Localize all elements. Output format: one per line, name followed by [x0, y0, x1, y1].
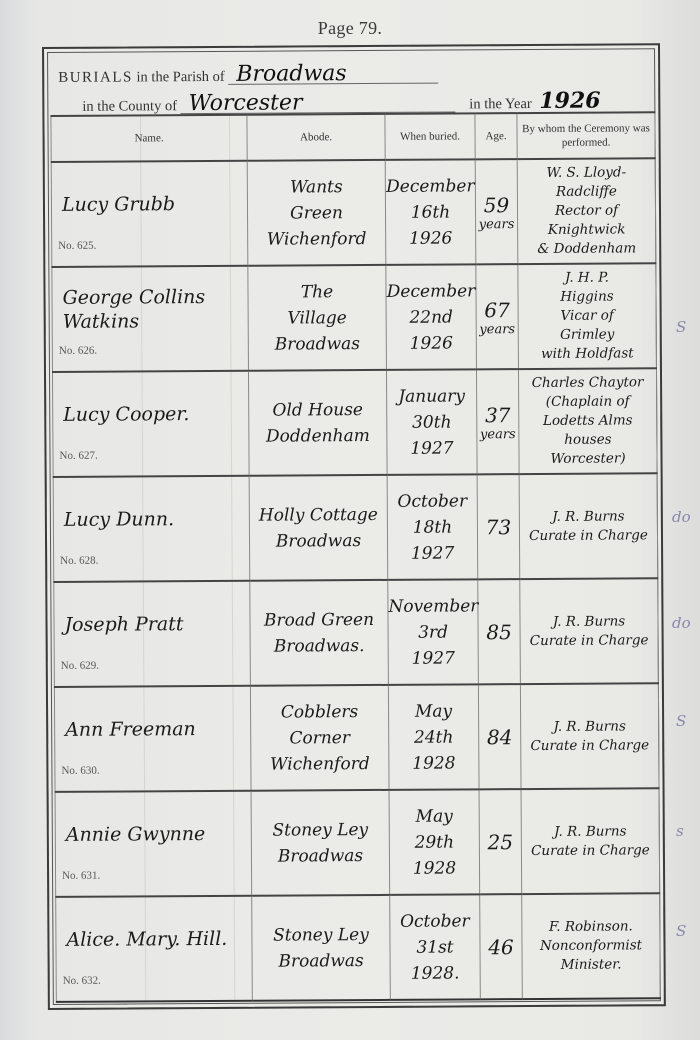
entry-officiant-line: J. R. Burns	[521, 717, 658, 737]
entry-officiant-line: J. H. P.	[518, 268, 655, 288]
entry-officiant-line: Lodetts Alms	[519, 411, 656, 431]
entry-when-buried-line: December	[386, 278, 475, 305]
entry-name-line: Watkins	[63, 308, 248, 333]
register-entry-row: Lucy GrubbNo. 625.WantsGreenWichenfordDe…	[51, 158, 656, 267]
entry-when-buried-cell: December22nd1926	[386, 264, 477, 370]
register-entry-row: Annie GwynneNo. 631.Stoney LeyBroadwasMa…	[55, 788, 660, 897]
entry-abode-line: Wants	[248, 173, 385, 200]
entry-name: Ann Freeman	[65, 716, 250, 741]
entry-name-cell: Lucy Dunn.No. 628.	[53, 476, 250, 582]
entry-age: 25	[488, 830, 514, 854]
entry-abode-cell: Stoney LeyBroadwas	[251, 790, 390, 896]
entry-name-line: George Collins	[62, 284, 247, 309]
entry-when-buried-line: December	[386, 173, 475, 200]
entry-officiant-line: Charles Chaytor	[519, 373, 656, 393]
entry-officiant-cell: J. H. P.HigginsVicar ofGrimleywith Holdf…	[518, 263, 657, 369]
entry-name-line: Lucy Dunn.	[64, 506, 249, 531]
entry-when-buried-line: 1926	[387, 330, 476, 357]
entry-when-buried-line: 1927	[388, 540, 477, 567]
entry-when-buried-line: January	[387, 383, 476, 410]
entry-name: Alice. Mary. Hill.	[66, 926, 251, 951]
entry-officiant-line: Grimley	[519, 325, 656, 345]
margin-pencil-notes: SdodoSsS	[668, 0, 700, 1040]
entry-officiant-cell: Charles Chaytor(Chaplain ofLodetts Almsh…	[518, 368, 657, 474]
entry-officiant-line: Rector of	[518, 201, 655, 221]
register-entry-row: Alice. Mary. Hill.No. 632.Stoney LeyBroa…	[56, 893, 661, 1002]
column-header-name: Name.	[51, 115, 247, 162]
entry-name-line: Alice. Mary. Hill.	[66, 926, 251, 951]
entry-number: No. 629.	[61, 654, 99, 678]
column-header-by-whom: By whom the Ceremony was performed.	[517, 112, 655, 159]
entry-when-buried-line: 30th	[387, 409, 476, 436]
entry-officiant-line: Vicar of	[519, 306, 656, 326]
entry-name-line: Lucy Grubb	[62, 191, 247, 216]
register-entry-row: George CollinsWatkinsNo. 626.TheVillageB…	[52, 263, 657, 372]
entry-number: No. 626.	[59, 339, 97, 363]
entry-officiant-cell: J. R. BurnsCurate in Charge	[520, 683, 659, 789]
entry-number: No. 631.	[62, 864, 100, 888]
entry-officiant-line: & Doddenham	[518, 239, 655, 259]
entry-number: No. 632.	[63, 969, 101, 993]
entry-abode-line: Broadwas	[253, 947, 390, 974]
entry-when-buried-line: 3rd	[389, 619, 478, 646]
entry-number: No. 630.	[61, 759, 99, 783]
entry-age-cell: 73	[477, 474, 520, 579]
entry-abode-line: Stoney Ley	[252, 921, 389, 948]
entry-age-unit: years	[476, 218, 517, 232]
entry-officiant-line: Curate in Charge	[521, 631, 658, 651]
entry-name: Annie Gwynne	[66, 821, 251, 846]
entry-abode-line: Wichenford	[248, 225, 385, 252]
entry-officiant-cell: J. R. BurnsCurate in Charge	[521, 788, 660, 894]
entry-name-cell: Lucy GrubbNo. 625.	[51, 161, 248, 267]
entry-when-buried-line: 1928	[389, 750, 478, 777]
entry-officiant-line: houses	[519, 430, 656, 450]
register-heading: BURIALS in the Parish of Broadwas in the…	[54, 51, 650, 117]
entry-officiant-line: J. R. Burns	[520, 507, 657, 527]
entry-officiant-line: Knightwick	[518, 220, 655, 240]
entry-officiant-cell: F. Robinson.NonconformistMinister.	[522, 893, 661, 999]
entry-number: No. 627.	[59, 444, 97, 468]
parish-line: BURIALS in the Parish of Broadwas	[58, 65, 438, 87]
entry-officiant-line: Minister.	[523, 955, 660, 975]
entry-abode-line: Stoney Ley	[252, 816, 389, 843]
entry-officiant-line: Nonconformist	[522, 936, 659, 956]
entry-abode-line: Village	[249, 304, 386, 331]
entry-abode-line: Broadwas	[250, 527, 387, 554]
entry-when-buried-line: November	[388, 593, 477, 620]
entry-when-buried-line: 24th	[389, 724, 478, 751]
burial-register-frame: BURIALS in the Parish of Broadwas in the…	[42, 43, 666, 1010]
county-field: Worcester	[181, 93, 456, 114]
entry-number: No. 625.	[58, 234, 96, 258]
entry-when-buried-cell: May29th1928	[389, 789, 480, 895]
entry-abode-line: The	[248, 278, 385, 305]
entry-when-buried-line: 1927	[387, 435, 476, 462]
entry-officiant-line: Curate in Charge	[520, 526, 657, 546]
entry-abode-line: Cobblers Corner	[251, 698, 388, 751]
entry-abode-line: Holly Cottage	[250, 501, 387, 528]
entry-when-buried-line: 31st	[390, 934, 479, 961]
entry-abode-cell: Holly CottageBroadwas	[249, 475, 388, 581]
entry-officiant-line: Worcester)	[519, 449, 656, 469]
entry-age-cell: 46	[480, 894, 523, 999]
burials-label: BURIALS	[58, 69, 133, 85]
column-header-age: Age.	[475, 113, 517, 159]
register-entry-row: Ann FreemanNo. 630.Cobblers CornerWichen…	[54, 683, 659, 792]
entry-age: 85	[486, 620, 512, 644]
entry-when-buried-line: 16th	[386, 199, 475, 226]
entry-number: No. 628.	[60, 549, 98, 573]
entry-officiant-line: (Chaplain of	[519, 392, 656, 412]
entry-age: 67	[484, 298, 510, 322]
entry-abode-line: Old House	[249, 396, 386, 423]
entry-age: 37	[485, 403, 511, 427]
entry-age: 84	[487, 725, 513, 749]
entry-abode-line: Broadwas	[249, 330, 386, 357]
register-entry-row: Lucy Dunn.No. 628.Holly CottageBroadwasO…	[53, 473, 658, 582]
entry-officiant-cell: J. R. BurnsCurate in Charge	[520, 578, 659, 684]
burial-register-table: Name. Abode. When buried. Age. By whom t…	[50, 111, 660, 1003]
entry-when-buried-cell: October31st1928.	[390, 894, 481, 1000]
column-header-abode: Abode.	[247, 114, 385, 161]
entry-officiant-line: Curate in Charge	[521, 736, 658, 756]
entry-age: 46	[488, 935, 514, 959]
entry-age-cell: 85	[478, 579, 521, 684]
entry-when-buried-line: May	[389, 698, 478, 725]
entry-name: George CollinsWatkins	[62, 284, 247, 333]
entry-officiant-line: Higgins	[518, 287, 655, 307]
entry-age-unit: years	[477, 428, 518, 442]
entry-abode-line: Broadwas.	[251, 632, 388, 659]
entry-abode-cell: TheVillageBroadwas	[248, 265, 387, 371]
entry-abode-line: Doddenham	[249, 422, 386, 449]
entry-when-buried-line: 1928.	[391, 960, 480, 987]
entry-when-buried-line: 29th	[390, 829, 479, 856]
column-header-row: Name. Abode. When buried. Age. By whom t…	[51, 112, 655, 162]
margin-pencil-note: s	[676, 822, 684, 840]
entry-when-buried-line: 1928	[390, 855, 479, 882]
entry-age-cell: 67years	[476, 264, 519, 369]
entry-name-cell: Lucy Cooper.No. 627.	[52, 371, 249, 477]
margin-pencil-note: S	[676, 318, 686, 336]
entry-officiant-line: W. S. Lloyd-	[518, 163, 655, 183]
entry-when-buried-cell: November3rd1927	[388, 579, 479, 685]
entry-when-buried-cell: May24th1928	[388, 684, 479, 790]
entry-age-cell: 59years	[475, 159, 518, 264]
parish-field: Broadwas	[228, 65, 438, 85]
entry-when-buried-cell: December16th1926	[385, 159, 476, 265]
margin-pencil-note: S	[676, 712, 686, 730]
entry-name: Lucy Cooper.	[63, 401, 248, 426]
entry-officiant-line: J. R. Burns	[522, 822, 659, 842]
entry-age-cell: 84	[478, 684, 521, 789]
county-prefix: in the County of	[82, 98, 177, 115]
column-header-when-buried: When buried.	[385, 113, 475, 160]
entry-name-cell: Annie GwynneNo. 631.	[55, 791, 252, 897]
entry-when-buried-line: 22nd	[387, 304, 476, 331]
margin-pencil-note: do	[672, 614, 691, 632]
entry-name-line: Ann Freeman	[65, 716, 250, 741]
entry-abode-line: Green	[248, 199, 385, 226]
margin-pencil-note: S	[676, 922, 686, 940]
entry-when-buried-line: 1927	[389, 645, 478, 672]
parish-prefix: in the Parish of	[136, 69, 224, 86]
entry-name-line: Joseph Pratt	[64, 611, 249, 636]
entry-officiant-line: F. Robinson.	[522, 917, 659, 937]
entry-age-cell: 25	[479, 789, 522, 894]
entry-when-buried-cell: October18th1927	[387, 474, 478, 580]
entry-abode-cell: Stoney LeyBroadwas	[252, 895, 391, 1001]
entry-officiant-cell: W. S. Lloyd-RadcliffeRector ofKnightwick…	[517, 158, 656, 264]
entry-age-unit: years	[477, 323, 518, 337]
entry-when-buried-line: May	[390, 803, 479, 830]
entry-abode-line: Broadwas	[252, 842, 389, 869]
entry-officiant-line: Curate in Charge	[522, 841, 659, 861]
entry-age: 73	[486, 515, 512, 539]
entry-when-buried-cell: January30th1927	[386, 369, 477, 475]
entry-age: 59	[484, 193, 510, 217]
entry-abode-line: Wichenford	[251, 750, 388, 777]
entry-name-cell: Alice. Mary. Hill.No. 632.	[56, 896, 253, 1002]
entry-abode-cell: Cobblers CornerWichenford	[250, 685, 389, 791]
entry-officiant-line: Radcliffe	[518, 182, 655, 202]
entry-name: Joseph Pratt	[64, 611, 249, 636]
entry-name-line: Lucy Cooper.	[63, 401, 248, 426]
register-entry-row: Lucy Cooper.No. 627.Old HouseDoddenhamJa…	[52, 368, 657, 477]
entry-abode-cell: WantsGreenWichenford	[247, 160, 386, 266]
page-number: Page 79.	[0, 18, 700, 39]
register-entry-row: Joseph PrattNo. 629.Broad GreenBroadwas.…	[54, 578, 659, 687]
year-field: 1926	[539, 88, 600, 114]
entry-name-cell: Ann FreemanNo. 630.	[54, 686, 251, 792]
entry-when-buried-line: 1926	[386, 225, 475, 252]
entry-name: Lucy Grubb	[62, 191, 247, 216]
entry-officiant-line: J. R. Burns	[520, 612, 657, 632]
entry-when-buried-line: October	[390, 908, 479, 935]
entry-name-cell: George CollinsWatkinsNo. 626.	[52, 266, 249, 372]
entry-when-buried-line: October	[388, 488, 477, 515]
entry-officiant-cell: J. R. BurnsCurate in Charge	[519, 473, 658, 579]
entry-when-buried-line: 18th	[388, 514, 477, 541]
entry-name-line: Annie Gwynne	[66, 821, 251, 846]
entry-age-cell: 37years	[476, 369, 519, 474]
entry-abode-cell: Broad GreenBroadwas.	[250, 580, 389, 686]
entry-abode-cell: Old HouseDoddenham	[248, 370, 387, 476]
year-prefix: in the Year	[469, 96, 532, 112]
entry-abode-line: Broad Green	[250, 606, 387, 633]
margin-pencil-note: do	[672, 508, 691, 526]
entry-name: Lucy Dunn.	[64, 506, 249, 531]
entry-officiant-line: with Holdfast	[519, 344, 656, 364]
entry-name-cell: Joseph PrattNo. 629.	[54, 581, 251, 687]
